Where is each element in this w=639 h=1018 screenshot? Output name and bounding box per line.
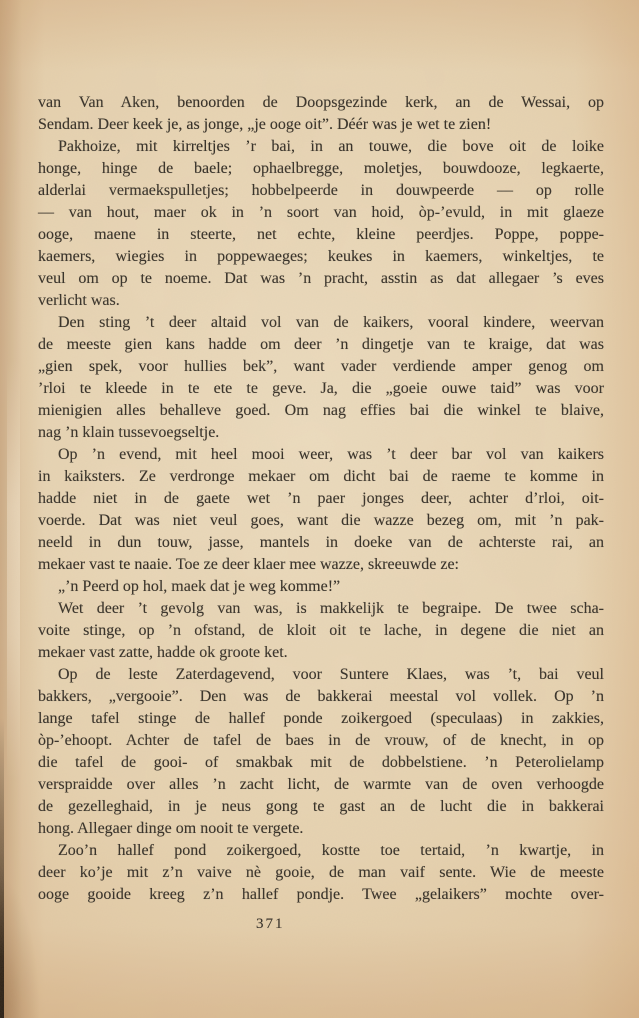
- text-line: Den sting ’t deer altaid vol van de kaik…: [38, 312, 604, 334]
- spine-edge-line: [0, 718, 4, 1018]
- text-line: lange tafel stinge de hallef ponde zoike…: [38, 708, 604, 730]
- paragraph: Pakhoize, mit kirreltjes ’r bai, in an t…: [38, 136, 604, 312]
- paragraph: Zoo’n hallef pond zoikergoed, kostte toe…: [38, 840, 604, 906]
- paragraph: Den sting ’t deer altaid vol van de kaik…: [38, 312, 604, 444]
- text-line: bakkers, „vergooie”. Den was de bakkerai…: [38, 686, 604, 708]
- text-line: Sendam. Deer keek je, as jonge, „je ooge…: [38, 114, 604, 136]
- book-page: van Van Aken, benoorden de Doopsgezinde …: [0, 0, 639, 1018]
- text-line: die tafel de gooi- of smakbak mit de dob…: [38, 752, 604, 774]
- text-line: ooge gooide kreeg z’n hallef pondje. Twe…: [38, 884, 604, 906]
- text-line: òp-’ehoopt. Achter de tafel de baes in d…: [38, 730, 604, 752]
- text-line: neeld in dun touw, jasse, mantels in doe…: [38, 532, 604, 554]
- text-line: Op ’n evend, mit heel mooi weer, was ’t …: [38, 444, 604, 466]
- bottom-left-corner-shadow: [0, 878, 40, 1018]
- text-line: „’n Peerd op hol, maek dat je weg komme!…: [38, 576, 604, 598]
- text-line: veul om op te noeme. Dat was ’n pracht, …: [38, 268, 604, 290]
- paragraph: van Van Aken, benoorden de Doopsgezinde …: [38, 92, 604, 136]
- text-line: hong. Allegaer dinge om nooit te vergete…: [38, 818, 604, 840]
- text-line: verspraidde over alles ’n zacht licht, d…: [38, 774, 604, 796]
- text-line: verlicht was.: [38, 290, 604, 312]
- text-line: ’rloi te kleede in te ete te geve. Ja, d…: [38, 378, 604, 400]
- text-line: nag ’n klain tussevoegseltje.: [38, 422, 604, 444]
- text-line: Zoo’n hallef pond zoikergoed, kostte toe…: [38, 840, 604, 862]
- text-line: deer ko’je mit z’n vaive nè gooie, de ma…: [38, 862, 604, 884]
- text-line: kaemers, wiegies in poppewaeges; keukes …: [38, 246, 604, 268]
- page-text: van Van Aken, benoorden de Doopsgezinde …: [38, 92, 604, 906]
- paragraph: „’n Peerd op hol, maek dat je weg komme!…: [38, 576, 604, 598]
- text-line: — van hout, maer ok in ’n soort van hoid…: [38, 202, 604, 224]
- text-line: hadde niet in de gaete wet ’n paer jonge…: [38, 488, 604, 510]
- text-line: mekaer vast zatte, hadde ok groote ket.: [38, 642, 604, 664]
- text-line: mienigien alles behalleve goed. Om nag e…: [38, 400, 604, 422]
- text-line: de meeste gien kans hadde om deer ’n din…: [38, 334, 604, 356]
- text-line: Wet deer ’t gevolg van was, is makkelijk…: [38, 598, 604, 620]
- text-line: van Van Aken, benoorden de Doopsgezinde …: [38, 92, 604, 114]
- paragraph: Op ’n evend, mit heel mooi weer, was ’t …: [38, 444, 604, 576]
- paragraph: Wet deer ’t gevolg van was, is makkelijk…: [38, 598, 604, 664]
- left-edge-shading: [0, 0, 26, 1018]
- text-line: ooge, maene in steerte, net echte, klein…: [38, 224, 604, 246]
- text-line: voite stinge, op ’n ofstand, de kloit oi…: [38, 620, 604, 642]
- text-line: „gien spek, voor hullies bek”, want vade…: [38, 356, 604, 378]
- paragraph: Op de leste Zaterdagevend, voor Suntere …: [38, 664, 604, 840]
- text-line: Pakhoize, mit kirreltjes ’r bai, in an t…: [38, 136, 604, 158]
- text-line: Op de leste Zaterdagevend, voor Suntere …: [38, 664, 604, 686]
- text-line: alderlai vermaekspulletjes; hobbelpeerde…: [38, 180, 604, 202]
- text-line: mekaer vast te naaie. Toe ze deer klaer …: [38, 554, 604, 576]
- text-line: in kaiksters. Ze verdronge mekaer om dic…: [38, 466, 604, 488]
- text-line: voerde. Dat was niet veul goes, want die…: [38, 510, 604, 532]
- text-line: honge, hinge de baele; ophaelbregge, mol…: [38, 158, 604, 180]
- page-fold-highlight: [7, 360, 20, 780]
- page-number: 371: [256, 916, 316, 933]
- text-line: de gezelleghaid, in je neus gong te gast…: [38, 796, 604, 818]
